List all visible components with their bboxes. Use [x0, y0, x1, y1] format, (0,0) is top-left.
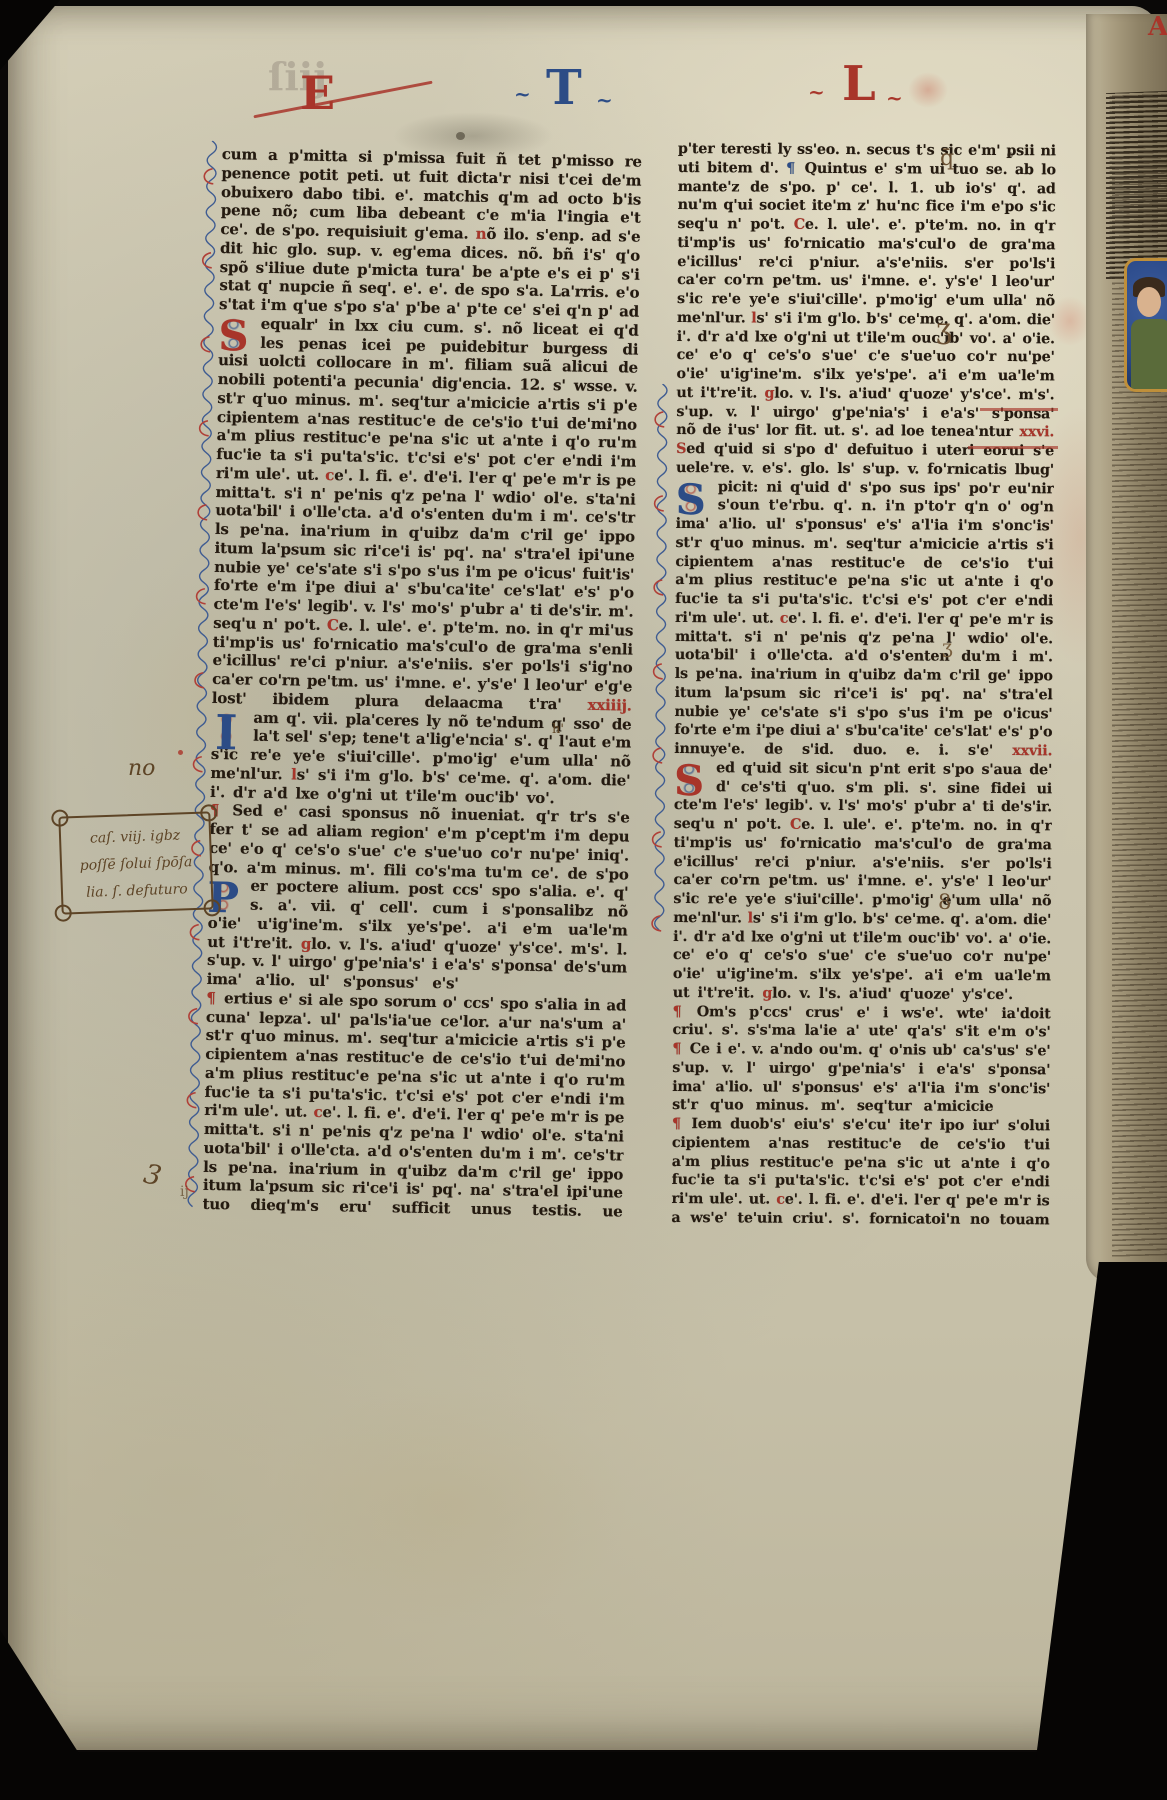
parchment-stain: [268, 1386, 628, 1626]
running-title-letter-red-L: L: [842, 56, 876, 112]
box-corner-loop: [51, 809, 69, 827]
text-line: mante'z de s'po. p' ce'. l. 1. ub io's' …: [678, 177, 1056, 198]
text-line: cte'm l'e's' legib'. v. l's' mo's' p'ubr…: [674, 796, 1052, 817]
text-line: ima' a'lio. ul' s'ponsus' e's' a'l'ia i'…: [676, 515, 1054, 536]
miniature-face: [1137, 287, 1161, 317]
initial-letter: S: [674, 756, 705, 805]
pilcrow-red: ¶: [672, 1041, 683, 1057]
red-dot: [178, 750, 183, 755]
text-line: e'icillus' re'ci p'niur. a's'e'niis. s'e…: [677, 252, 1055, 273]
text-line: fuc'ie ta s'i pu'ta's'ic. t'c'si e's' po…: [675, 590, 1053, 611]
text-line: ca'er co'rn pe'tm. us' i'mne. e'. y's'e'…: [673, 871, 1051, 892]
margin-mark-h: h': [552, 722, 564, 737]
text-line: st'r q'uo minus. m'. seq'tur a'micicie a…: [672, 1096, 993, 1117]
text-line: ¶ Iem duob's' eiu's' s'e'cu' ite'r ipo i…: [672, 1115, 1050, 1136]
text-line: s'oun t'e'rbu. q'. n. i'n p'to'r q'n o' …: [676, 496, 1054, 517]
text-line: s'up. v. l' uirgo' g'pe'nia's' i e'a's' …: [676, 402, 1054, 423]
pilcrow-red: ¶: [673, 1003, 684, 1019]
text-line: criu'. s'. s's'ma la'ie a' ute' q'a's' s…: [673, 1021, 1051, 1042]
margin-note-box: caſ. viij. igbz poſſē ſolui ſpōſa lia. ſ…: [58, 811, 213, 914]
text-line: me'nl'ur. ls' s'i i'm g'lo. b's' ce'me. …: [677, 309, 1055, 330]
text-line: picit: ni q'uid d' s'po sus ips' po'r eu…: [676, 477, 1054, 498]
text-line: ri'm ule'. ut. ce'. l. fi. e'. d'e'i. l'…: [671, 1190, 1049, 1211]
margin-curl-mark: ʒ: [936, 312, 952, 345]
initial-letter: S: [675, 474, 706, 523]
text-line: uele're. v. e's'. glo. ls' s'up. v. fo'r…: [676, 459, 1054, 480]
note-box-line: lia. ſ. defuturo: [63, 875, 212, 907]
text-line: seq'u n' po't. Ce. l. ule'. e'. p'te'm. …: [677, 215, 1055, 236]
pilcrow-blue: ¶: [786, 160, 797, 176]
text-line: a'm plius restituc'e pe'na s'ic ut a'nte…: [675, 571, 1053, 592]
note-box-line: poſſē ſolui ſpōſa: [62, 848, 211, 880]
manuscript-photo: ſiij E T ~ ~ L ~ ~ cum a p'mitta si p'mi…: [0, 0, 1167, 1800]
text-line: itum la'psum sic ri'ce'i is' pq'. na' s'…: [675, 684, 1053, 705]
text-line: ut i't're'it. glo. v. l's. a'iud' q'uoze…: [676, 384, 1054, 405]
text-line: ti'mp'is us' fo'rnicatio ma's'cul'o de g…: [674, 834, 1052, 855]
decorated-initial-S: S: [214, 311, 253, 357]
penwork-chain: [647, 384, 674, 948]
text-line: seq'u n' po't. Ce. l. ule'. e'. p'te'm. …: [674, 815, 1052, 836]
text-line: i'. d'r a'd lxe o'g'ni ut t'ile'm ouc'ib…: [673, 927, 1051, 948]
text-line: ut i't're'it. glo. v. l's. a'iud' q'uoze…: [673, 984, 1013, 1005]
rubric-numeral: xxvii.: [1012, 743, 1052, 759]
decorated-initial-I: I: [207, 704, 246, 750]
rubric-numeral: xxiiij.: [587, 696, 632, 715]
text-line: cipientem a'nas restituc'e de ce's'io t'…: [672, 1134, 1050, 1155]
text-line: ti'mp'is us' fo'rnicatio ma's'cul'o de g…: [677, 234, 1055, 255]
text-line: ima' a'lio. ul' s'ponsus' e's' a'l'ia i'…: [672, 1077, 1050, 1098]
text-line: a'm plius restituc'e pe'na s'ic ut a'nte…: [672, 1152, 1050, 1173]
photo-background: [0, 1752, 1167, 1800]
text-line: o'ie' u'ig'ine'm. s'ilx ye's'pe'. a'i e'…: [677, 365, 1055, 386]
miniature-robe: [1131, 319, 1167, 389]
margin-note-no: no: [128, 756, 155, 781]
text-line: ls pe'na. ina'rium in q'uibz da'm c'ril …: [675, 665, 1053, 686]
text-line: s'ic re'e ye'e s'iui'cille'. p'mo'ig' e'…: [677, 290, 1055, 311]
text-line: ri'm ule'. ut. ce'. l. fi. e'. d'e'i. l'…: [675, 609, 1053, 630]
speck: [456, 132, 465, 140]
decorated-initial-S: S: [672, 474, 710, 520]
red-underline: [968, 446, 1058, 449]
text-line: nubie ye' ce's'ate s'i s'po s'us i'm pe …: [674, 702, 1052, 723]
running-title-letter-blue-T: T: [546, 60, 582, 116]
flourish-dash: ~: [808, 80, 825, 104]
text-line: ca'er co'rn pe'tm. us' i'mne. e'. y's'e'…: [677, 271, 1055, 292]
text-line: i'. d'r a'd lxe o'g'ni ut t'ile'm ouc'ib…: [677, 327, 1055, 348]
flourish-dash: ~: [886, 86, 903, 110]
text-line: me'nl'ur. ls' s'i i'm g'lo. b's' ce'me. …: [673, 909, 1051, 930]
flourish-dash: ~: [596, 88, 613, 112]
text-line: uota'bil' i o'lle'cta. a'd o's'enten du'…: [675, 646, 1053, 667]
text-line: mitta't. s'i n' pe'nis q'z pe'na l' wdio…: [675, 627, 1053, 648]
initial-letter: I: [214, 704, 237, 760]
text-line: innuye'e. de s'id. duo. e. i. s'e' xxvii…: [674, 740, 1052, 761]
text-line: o'ie' u'ig'ine'm. s'ilx ye's'pe'. a'i e'…: [673, 965, 1051, 986]
text-line: p'ter teresti ly ss'eo. n. secus t's sic…: [678, 140, 1056, 161]
pen-trial-ij: ij: [180, 1184, 189, 1200]
text-line: ¶ Om's p'ccs' crus' e' i ws'e'. wte' ia'…: [673, 1002, 1051, 1023]
margin-mark-eight: 8: [938, 890, 951, 914]
pilcrow-red: ¶: [672, 1116, 683, 1132]
text-line: e'icillus' re'ci p'niur. a's'e'niis. s'e…: [674, 852, 1052, 873]
next-page-miniature-portrait: [1124, 258, 1167, 392]
flourish-dash: ~: [514, 82, 531, 106]
speck: [1007, 152, 1013, 158]
text-line: s'ic re'e ye'e s'iui'cille'. p'mo'ig' e'…: [673, 890, 1051, 911]
text-column-left: cum a p'mitta si p'missa fuit ñ tet p'mi…: [202, 145, 642, 1221]
text-line: fo'rte e'm i'pe diui a' s'bu'ca'ite' ce'…: [674, 721, 1052, 742]
text-line: s'up. v. l' uirgo' g'pe'nia's' i e'a's' …: [672, 1059, 1050, 1080]
margin-curl-mark: ʒ: [942, 636, 953, 658]
next-page-red-capital: A: [1148, 12, 1167, 42]
text-line: fuc'ie ta s'i pu'ta's'ic. t'c'si e's' po…: [672, 1171, 1050, 1192]
text-line: ed q'uid sit sicu'n p'nt erit s'po s'aua…: [674, 759, 1052, 780]
text-line: ce' e'o q' ce's'o s'ue' c'e s'ue'uo co'r…: [673, 946, 1051, 967]
text-line: a ws'e' te'uin criu'. s'. fornicatoi'n n…: [671, 1209, 1049, 1230]
text-line: cipientem a'nas restituc'e de ce's'io t'…: [675, 552, 1053, 573]
text-line: nõ de i'us' lor fit. ut. s'. ad loe tene…: [676, 421, 1054, 442]
book-fore-edge: [1086, 14, 1167, 1282]
text-column-right: p'ter teresti ly ss'eo. n. secus t's sic…: [671, 140, 1056, 1230]
decorated-initial-S: S: [670, 756, 708, 802]
text-line: nu'm q'ui societ ite'm z' hu'nc fice i'm…: [678, 196, 1056, 217]
rubric-numeral: xxvi.: [1019, 424, 1054, 440]
margin-mark-q: q̄: [940, 146, 954, 171]
text-line: ce' e'o q' ce's'o s'ue' c'e s'ue'uo co'r…: [677, 346, 1055, 367]
text-line: uti bitem d'. ¶ Quintus e' s'm ui tuo se…: [678, 159, 1056, 180]
text-line: st'r q'uo minus. m'. seq'tur a'micicie a…: [675, 534, 1053, 555]
text-line: ¶ Ce i e'. v. a'ndo ou'm. q' o'nis ub' c…: [672, 1040, 1050, 1061]
initial-letter: S: [218, 311, 249, 361]
red-underline: [980, 408, 1058, 411]
text-line: Sed q'uid si s'po d' defuituo i uteri eo…: [676, 440, 1054, 461]
text-line: d' ce's'ti q'uo. s'm pli. s'. sine fidei…: [674, 777, 1052, 798]
running-title-letter-red-E: E: [300, 66, 335, 120]
